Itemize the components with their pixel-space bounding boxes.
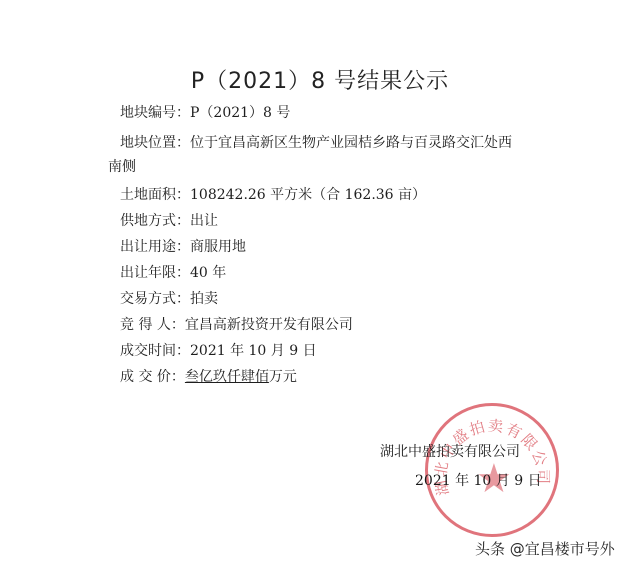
field-value: 108242.26 平方米（合 162.36 亩） — [190, 187, 426, 203]
watermark: 头条 @宜昌楼市号外 — [475, 538, 615, 559]
field-parcel-location: 地块位置：位于宜昌高新区生物产业园桔乡路与百灵路交汇处西 — [120, 132, 512, 152]
field-label: 成交时间： — [120, 343, 190, 359]
field-value: 商服用地 — [190, 239, 246, 255]
field-parcel-location-continuation: 南侧 — [108, 156, 136, 176]
document-title: P（2021）8 号结果公示 — [0, 64, 640, 95]
field-value: 位于宜昌高新区生物产业园桔乡路与百灵路交汇处西 — [190, 135, 512, 151]
field-land-area: 土地面积：108242.26 平方米（合 162.36 亩） — [120, 184, 426, 204]
field-label: 出让年限： — [120, 265, 190, 281]
field-supply-method: 供地方式：出让 — [120, 210, 218, 230]
field-value: 宜昌高新投资开发有限公司 — [185, 317, 353, 333]
field-deal-price: 成 交 价：叁亿玖仟肆佰万元 — [120, 366, 297, 386]
field-value: 出让 — [190, 213, 218, 229]
field-label: 出让用途： — [120, 239, 190, 255]
field-label: 供地方式： — [120, 213, 190, 229]
field-land-use: 出让用途：商服用地 — [120, 236, 246, 256]
field-value: 40 年 — [190, 265, 226, 281]
field-value: 拍卖 — [190, 291, 218, 307]
field-label: 土地面积： — [120, 187, 190, 203]
field-label: 竞 得 人： — [120, 317, 185, 333]
field-deal-time: 成交时间：2021 年 10 月 9 日 — [120, 340, 317, 360]
field-term: 出让年限：40 年 — [120, 262, 226, 282]
sign-date: 2021 年 10 月 9 日 — [415, 470, 542, 490]
field-value: 2021 年 10 月 9 日 — [190, 343, 317, 359]
field-transaction-method: 交易方式：拍卖 — [120, 288, 218, 308]
field-value-underlined: 叁亿玖仟肆佰 — [185, 369, 269, 385]
field-value: P（2021）8 号 — [190, 105, 290, 121]
field-label: 成 交 价： — [120, 369, 185, 385]
field-label: 交易方式： — [120, 291, 190, 307]
field-parcel-number: 地块编号：P（2021）8 号 — [120, 102, 290, 122]
signer-name: 湖北中盛拍卖有限公司 — [380, 441, 520, 461]
field-label: 地块编号： — [120, 105, 190, 121]
field-value-suffix: 万元 — [269, 369, 297, 385]
field-winning-bidder: 竞 得 人：宜昌高新投资开发有限公司 — [120, 314, 353, 334]
field-label: 地块位置： — [120, 135, 190, 151]
